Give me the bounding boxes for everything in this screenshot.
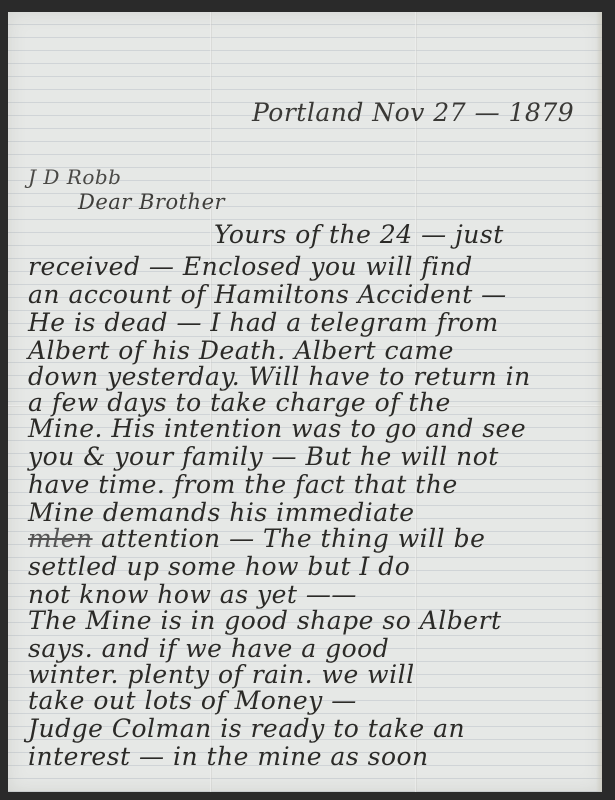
body-line: Albert of his Death. Albert came <box>28 336 454 365</box>
body-line: a few days to take charge of the <box>28 388 451 417</box>
struck-word: mlen <box>28 524 93 553</box>
body-line: Yours of the 24 — just <box>214 220 504 249</box>
body-line: He is dead — I had a telegram from <box>28 308 499 337</box>
body-line: have time. from the fact that the <box>28 470 458 499</box>
paper-right-edge <box>596 12 602 792</box>
recipient: J D Robb <box>28 165 121 189</box>
body-line: you & your family — But he will not <box>28 442 499 471</box>
salutation: Dear Brother <box>78 190 225 214</box>
body-line-text: attention — The thing will be <box>101 524 485 553</box>
body-line: settled up some how but I do <box>28 552 410 581</box>
body-line: not know how as yet —— <box>28 580 357 609</box>
body-line: an account of Hamiltons Accident — <box>28 280 507 309</box>
body-line: received — Enclosed you will find <box>28 252 473 281</box>
body-line: winter. plenty of rain. we will <box>28 660 415 689</box>
body-line: Judge Colman is ready to take an <box>28 714 465 743</box>
body-line: interest — in the mine as soon <box>28 742 429 771</box>
body-line: says. and if we have a good <box>28 634 389 663</box>
body-line: take out lots of Money — <box>28 686 357 715</box>
body-line: Mine. His intention was to go and see <box>28 414 526 443</box>
body-line: Mine demands his immediate <box>28 498 415 527</box>
body-line: down yesterday. Will have to return in <box>28 362 531 391</box>
dateline: Portland Nov 27 — 1879 <box>252 98 574 127</box>
body-line-with-strikeout: mlen attention — The thing will be <box>28 524 485 553</box>
body-line: The Mine is in good shape so Albert <box>28 606 502 635</box>
